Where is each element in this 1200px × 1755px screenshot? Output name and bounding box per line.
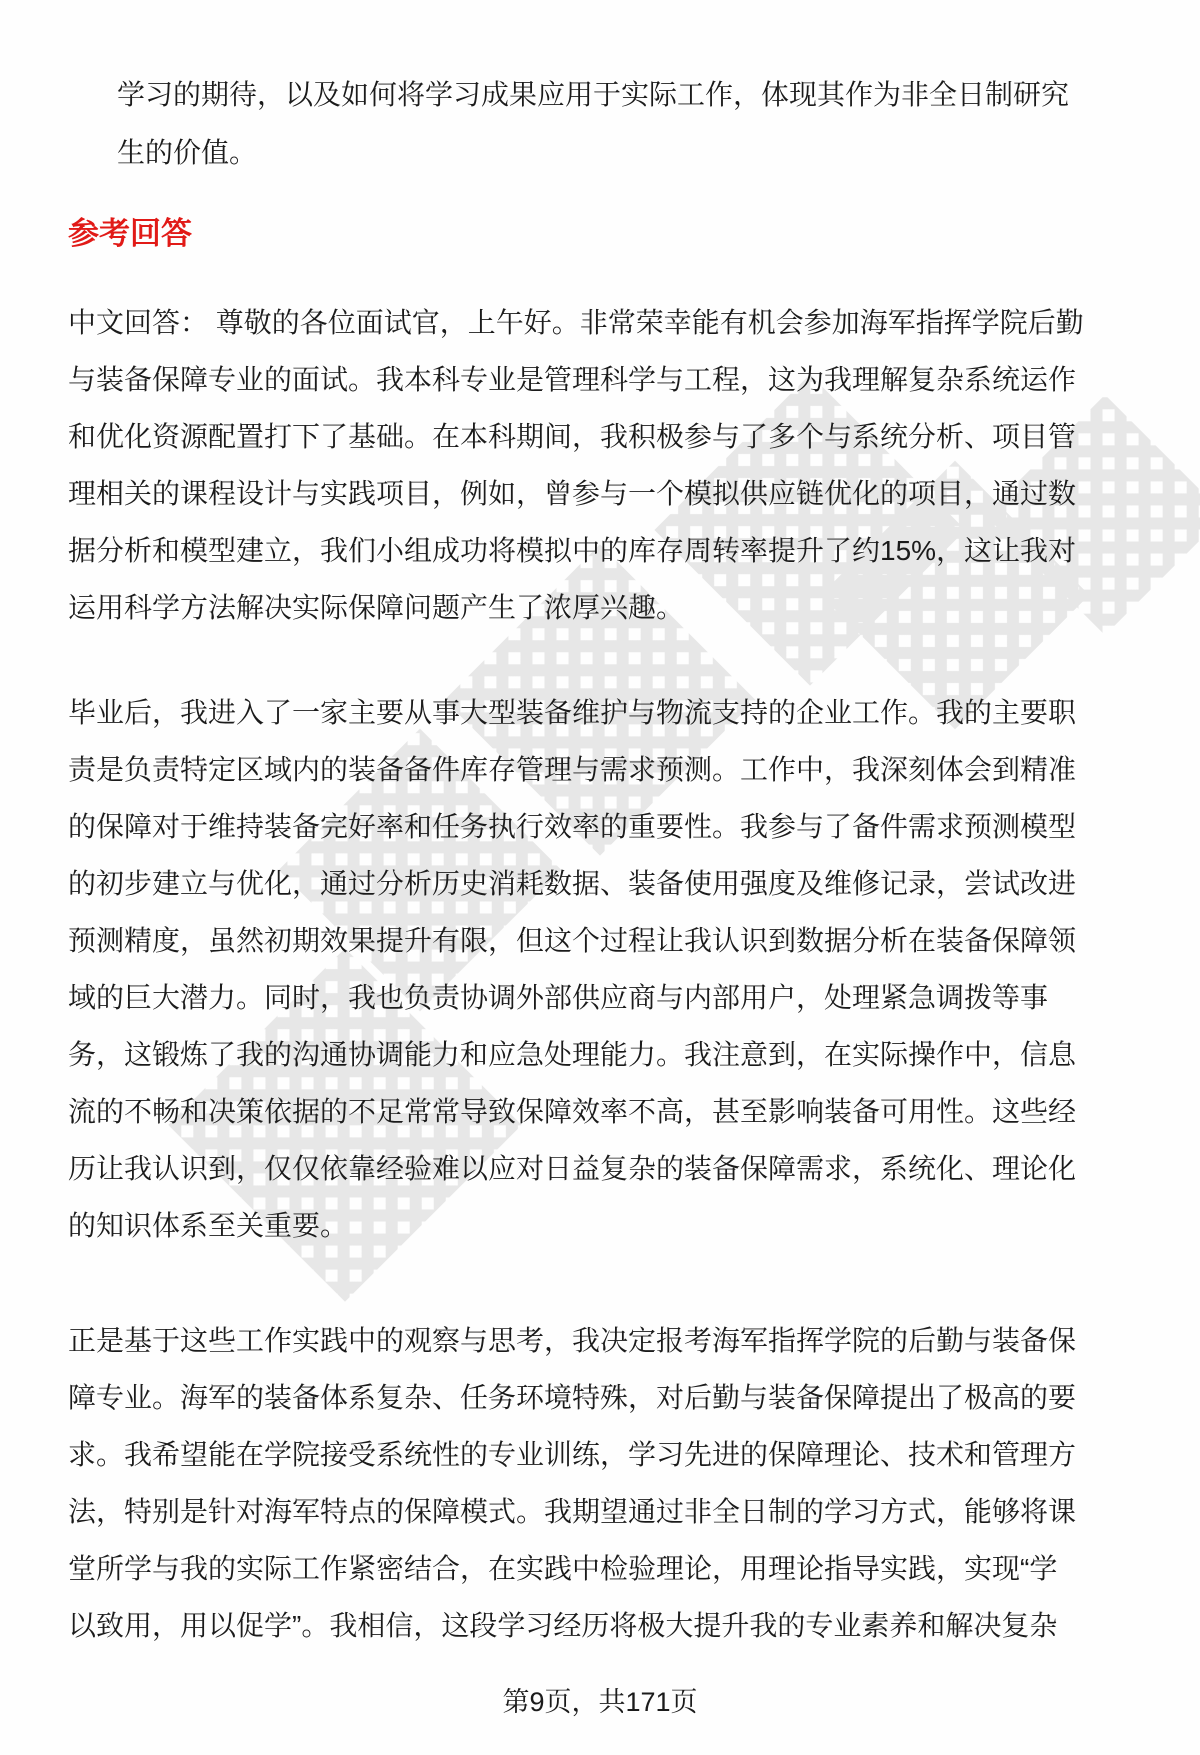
text-line: 流的不畅和决策依据的不足常常导致保障效率不高，甚至影响装备可用性。这些经 xyxy=(68,1093,1134,1150)
text-line: 以致用，用以促学”。我相信，这段学习经历将极大提升我的专业素养和解决复杂 xyxy=(68,1607,1134,1664)
answer-paragraph-1: 中文回答： 尊敬的各位面试官，上午好。非常荣幸能有机会参加海军指挥学院后勤与装备… xyxy=(68,304,1134,646)
document-page: 学习的期待，以及如何将学习成果应用于实际工作，体现其作为非全日制研究生的价值。 … xyxy=(0,0,1200,1755)
text-line: 法，特别是针对海军特点的保障模式。我期望通过非全日制的学习方式，能够将课 xyxy=(68,1493,1134,1550)
answer-paragraph-3: 正是基于这些工作实践中的观察与思考，我决定报考海军指挥学院的后勤与装备保障专业。… xyxy=(68,1322,1134,1664)
text-line: 障专业。海军的装备体系复杂、任务环境特殊，对后勤与装备保障提出了极高的要 xyxy=(68,1379,1134,1436)
text-line: 责是负责特定区域内的装备备件库存管理与需求预测。工作中，我深刻体会到精准 xyxy=(68,751,1134,808)
reference-answer-heading: 参考回答 xyxy=(68,214,1134,276)
text-line: 与装备保障专业的面试。我本科专业是管理科学与工程，这为我理解复杂系统运作 xyxy=(68,361,1134,418)
text-line: 中文回答： 尊敬的各位面试官，上午好。非常荣幸能有机会参加海军指挥学院后勤 xyxy=(68,304,1134,361)
text-line: 据分析和模型建立，我们小组成功将模拟中的库存周转率提升了约15%，这让我对 xyxy=(68,532,1134,589)
document-body: 学习的期待，以及如何将学习成果应用于实际工作，体现其作为非全日制研究生的价值。 … xyxy=(68,0,1134,1664)
text-line: 求。我希望能在学院接受系统性的专业训练，学习先进的保障理论、技术和管理方 xyxy=(68,1436,1134,1493)
text-line: 毕业后，我进入了一家主要从事大型装备维护与物流支持的企业工作。我的主要职 xyxy=(68,694,1134,751)
text-line: 域的巨大潜力。同时，我也负责协调外部供应商与内部用户，处理紧急调拨等事 xyxy=(68,979,1134,1036)
text-line: 正是基于这些工作实践中的观察与思考，我决定报考海军指挥学院的后勤与装备保 xyxy=(68,1322,1134,1379)
text-line: 的保障对于维持装备完好率和任务执行效率的重要性。我参与了备件需求预测模型 xyxy=(68,808,1134,865)
text-line: 的初步建立与优化，通过分析历史消耗数据、装备使用强度及维修记录，尝试改进 xyxy=(68,865,1134,922)
text-line: 生的价值。 xyxy=(117,134,1134,192)
text-line: 堂所学与我的实际工作紧密结合，在实践中检验理论，用理论指导实践，实现“学 xyxy=(68,1550,1134,1607)
list-item-continuation-paragraph: 学习的期待，以及如何将学习成果应用于实际工作，体现其作为非全日制研究生的价值。 xyxy=(68,0,1134,192)
text-line: 的知识体系至关重要。 xyxy=(68,1207,1134,1264)
text-line: 和优化资源配置打下了基础。在本科期间，我积极参与了多个与系统分析、项目管 xyxy=(68,418,1134,475)
text-line: 预测精度，虽然初期效果提升有限，但这个过程让我认识到数据分析在装备保障领 xyxy=(68,922,1134,979)
text-line: 运用科学方法解决实际保障问题产生了浓厚兴趣。 xyxy=(68,589,1134,646)
text-line: 务，这锻炼了我的沟通协调能力和应急处理能力。我注意到，在实际操作中，信息 xyxy=(68,1036,1134,1093)
text-line: 学习的期待，以及如何将学习成果应用于实际工作，体现其作为非全日制研究 xyxy=(117,76,1134,134)
page-number-footer: 第9页，共171页 xyxy=(0,1684,1200,1720)
answer-paragraph-2: 毕业后，我进入了一家主要从事大型装备维护与物流支持的企业工作。我的主要职责是负责… xyxy=(68,694,1134,1264)
text-line: 理相关的课程设计与实践项目，例如，曾参与一个模拟供应链优化的项目，通过数 xyxy=(68,475,1134,532)
text-line: 历让我认识到，仅仅依靠经验难以应对日益复杂的装备保障需求，系统化、理论化 xyxy=(68,1150,1134,1207)
